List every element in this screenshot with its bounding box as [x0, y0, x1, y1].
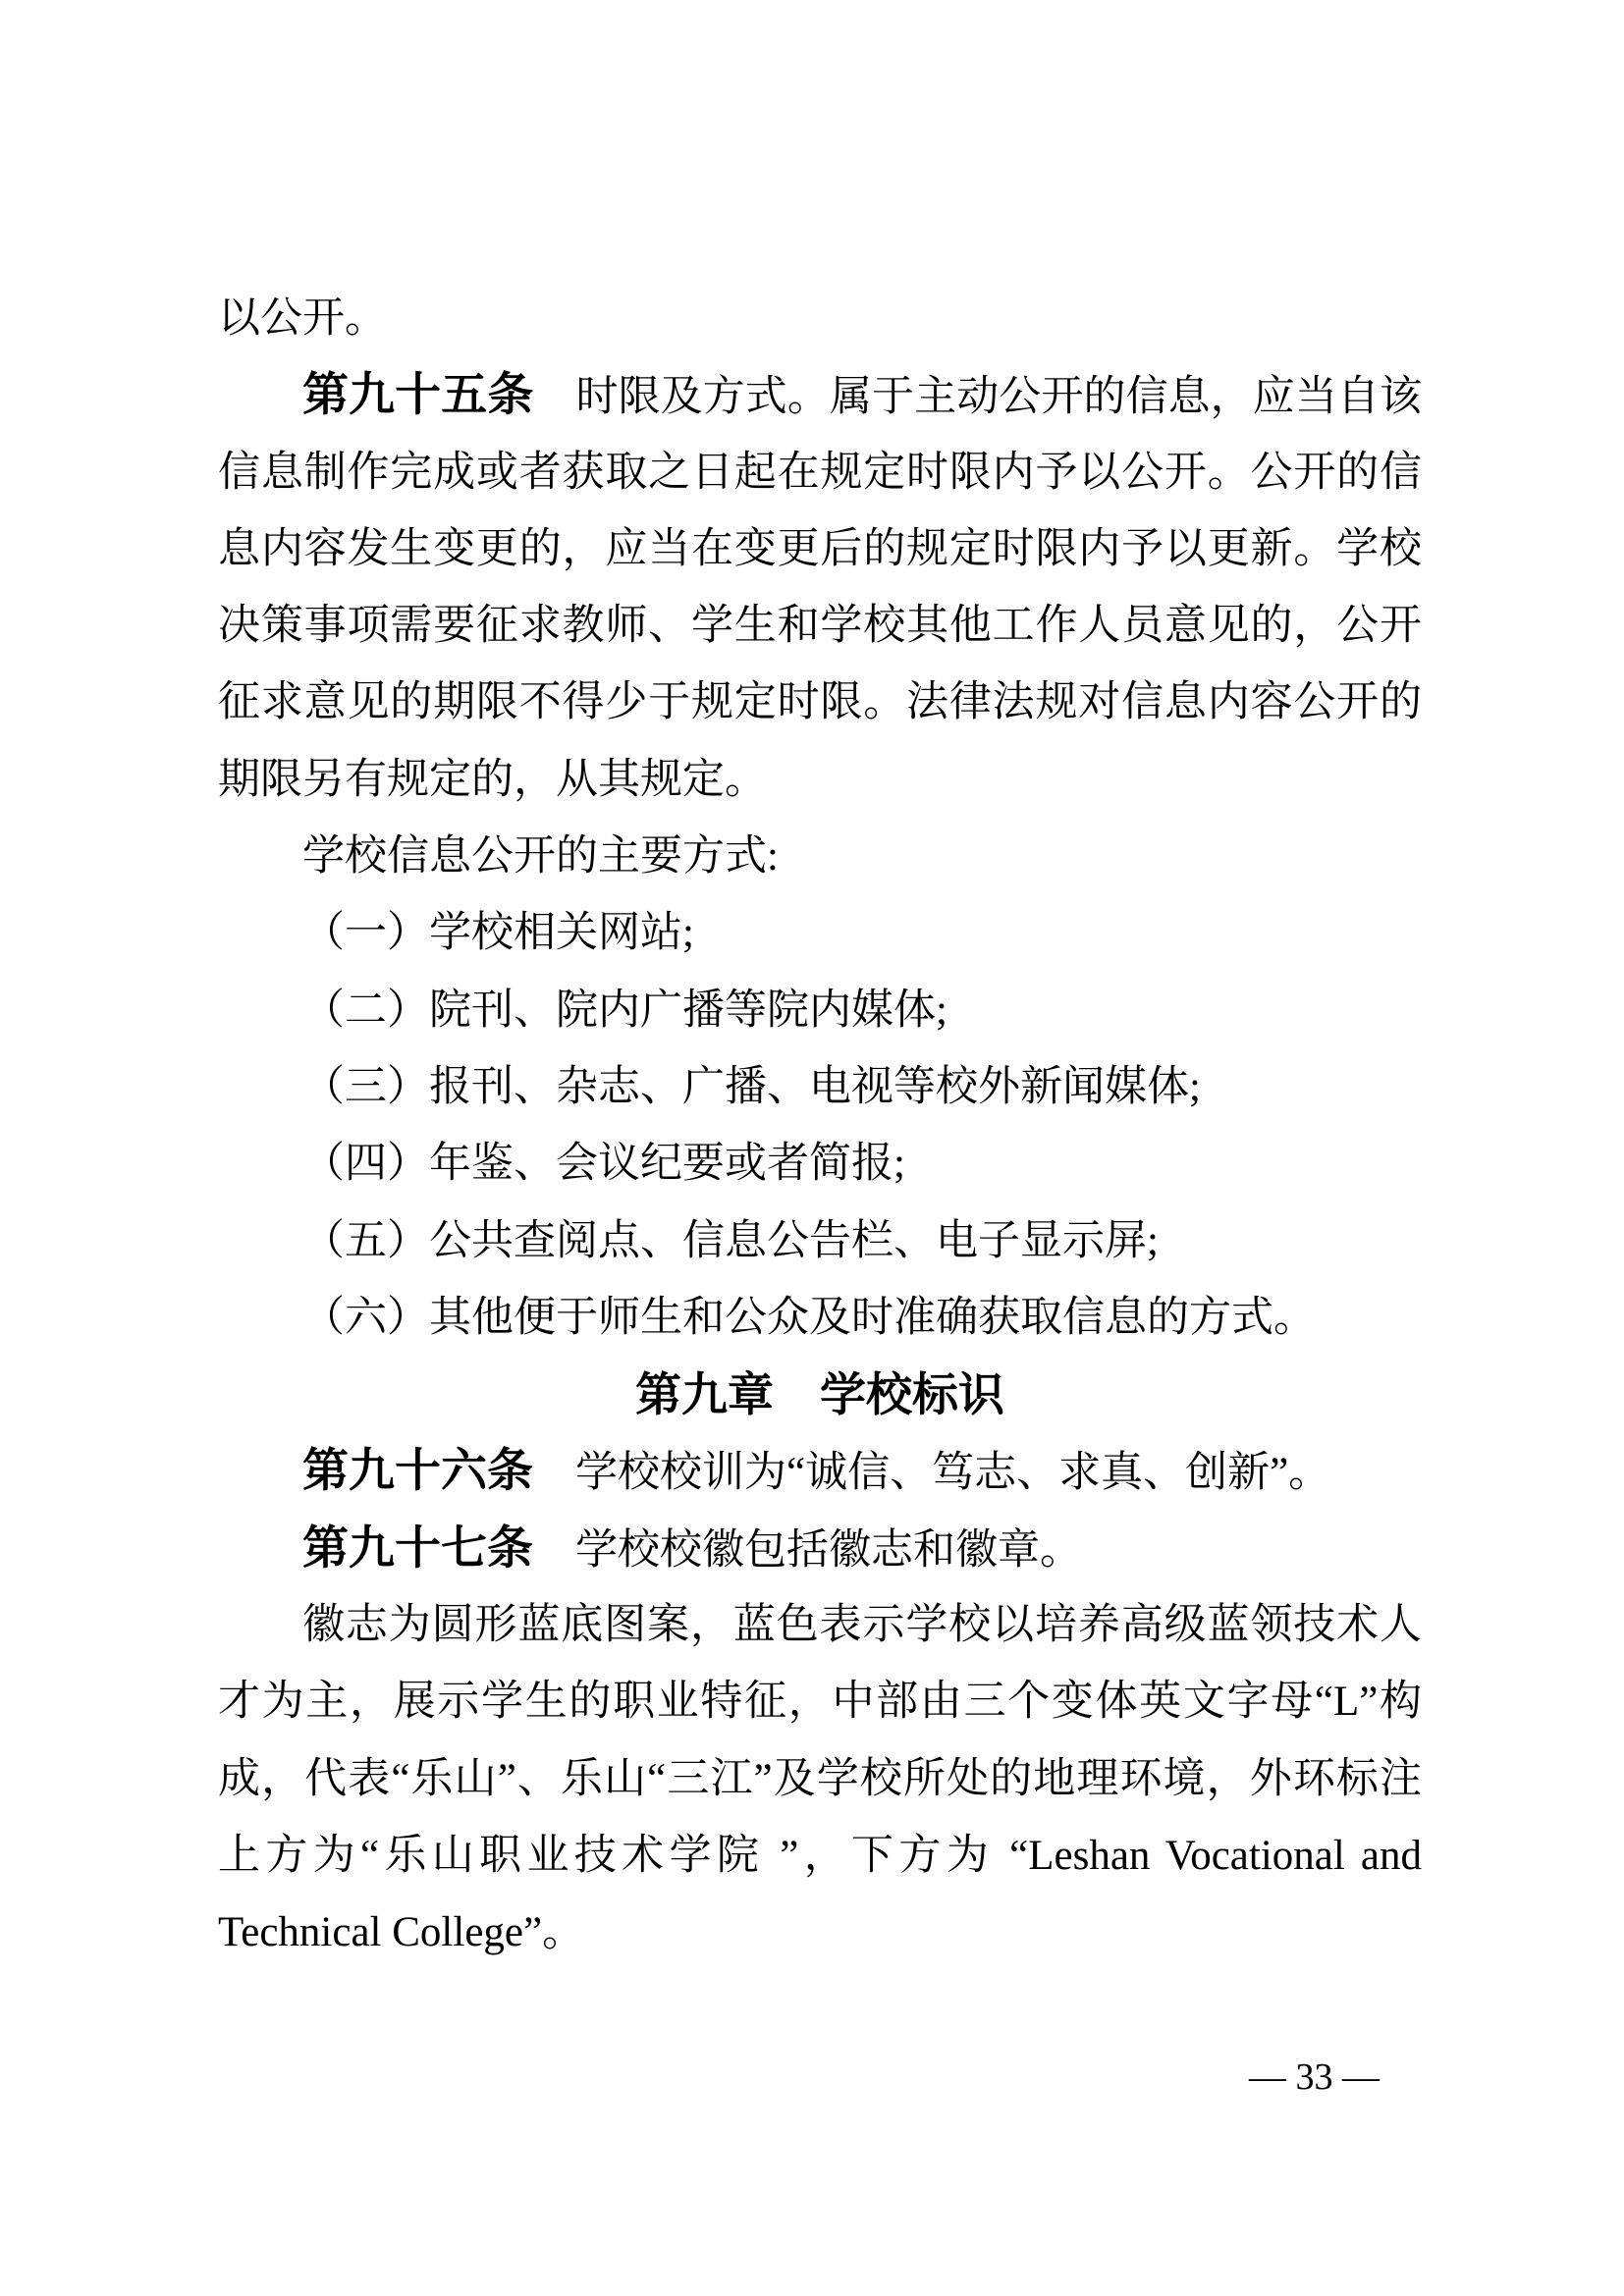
body-line: 征求意见的期限不得少于规定时限。法律法规对信息内容公开的: [218, 665, 1422, 741]
body-line: 才为主，展示学生的职业特征，中部由三个变体英文字母“L”构: [218, 1664, 1422, 1740]
text-segment: 信息制作完成或者获取之日起在规定时限内予以公开。公开的信: [218, 450, 1422, 496]
text-segment: 期限另有规定的，从其规定。: [218, 757, 767, 803]
text-segment: 息内容发生变更的，应当在变更后的规定时限内予以更新。学校: [218, 526, 1422, 572]
text-segment: （四）年鉴、会议纪要或者简报;: [302, 1141, 905, 1187]
document-page: 以公开。第九十五条 时限及方式。属于主动公开的信息，应当自该信息制作完成或者获取…: [0, 0, 1624, 2296]
text-segment: Technical College”。: [218, 1909, 584, 1955]
text-segment: （六）其他便于师生和公众及时准确获取信息的方式。: [302, 1295, 1316, 1341]
text-segment: 学校校训为“诚信、笃志、求真、创新”。: [533, 1450, 1330, 1496]
text-segment: 学校校徽包括徽志和徽章。: [533, 1527, 1082, 1574]
article-95-line: 第九十五条 时限及方式。属于主动公开的信息，应当自该: [218, 357, 1422, 434]
page-number: — 33 —: [1249, 2055, 1380, 2100]
article-number: 第九章 学校标识: [635, 1368, 1004, 1420]
text-segment: 时限及方式。属于主动公开的信息，应当自该: [533, 374, 1422, 420]
body-line: 上方为“乐山职业技术学院 ”，下方为 “Leshan Vocational an…: [218, 1818, 1422, 1895]
text-segment: 徽志为圆形蓝底图案，蓝色表示学校以培养高级蓝领技术人: [302, 1602, 1422, 1648]
body-line: 息内容发生变更的，应当在变更后的规定时限内予以更新。学校: [218, 511, 1422, 588]
text-segment: 才为主，展示学生的职业特征，中部由三个变体英文字母“L”构: [218, 1679, 1422, 1725]
list-item-5: （五）公共查阅点、信息公告栏、电子显示屏;: [218, 1203, 1422, 1280]
para-continuation-line: 以公开。: [218, 281, 1422, 357]
list-item-6: （六）其他便于师生和公众及时准确获取信息的方式。: [218, 1280, 1422, 1357]
article-97-line: 第九十七条 学校校徽包括徽志和徽章。: [218, 1511, 1422, 1587]
text-segment: （一）学校相关网站;: [302, 910, 694, 956]
text-segment: 上方为“乐山职业技术学院 ”，下方为 “Leshan Vocational an…: [218, 1833, 1422, 1879]
list-item-1: （一）学校相关网站;: [218, 895, 1422, 972]
article-96-line: 第九十六条 学校校训为“诚信、笃志、求真、创新”。: [218, 1433, 1422, 1510]
text-segment: 学校信息公开的主要方式:: [302, 833, 779, 880]
body-line: 成，代表“乐山”、乐山“三江”及学校所处的地理环境，外环标注: [218, 1741, 1422, 1818]
body-line: Technical College”。: [218, 1895, 1422, 1971]
text-segment: （二）院刊、院内广播等院内媒体;: [302, 988, 947, 1034]
body-line: 决策事项需要征求教师、学生和学校其他工作人员意见的，公开: [218, 588, 1422, 665]
body-line: 期限另有规定的，从其规定。: [218, 742, 1422, 819]
chapter-9-heading: 第九章 学校标识: [218, 1357, 1422, 1433]
list-item-3: （三）报刊、杂志、广播、电视等校外新闻媒体;: [218, 1049, 1422, 1126]
article-number: 第九十七条: [302, 1523, 533, 1575]
body-line: 学校信息公开的主要方式:: [218, 819, 1422, 895]
text-segment: 决策事项需要征求教师、学生和学校其他工作人员意见的，公开: [218, 603, 1422, 649]
text-segment: 成，代表“乐山”、乐山“三江”及学校所处的地理环境，外环标注: [218, 1756, 1422, 1802]
list-item-2: （二）院刊、院内广播等院内媒体;: [218, 973, 1422, 1049]
text-segment: （五）公共查阅点、信息公告栏、电子显示屏;: [302, 1218, 1159, 1264]
text-segment: 以公开。: [218, 295, 387, 342]
body-line: 徽志为圆形蓝底图案，蓝色表示学校以培养高级蓝领技术人: [218, 1587, 1422, 1664]
body-line: 信息制作完成或者获取之日起在规定时限内予以公开。公开的信: [218, 435, 1422, 511]
article-number: 第九十五条: [302, 370, 533, 421]
text-segment: 征求意见的期限不得少于规定时限。法律法规对信息内容公开的: [218, 679, 1422, 725]
text-block: 以公开。第九十五条 时限及方式。属于主动公开的信息，应当自该信息制作完成或者获取…: [218, 281, 1422, 1972]
list-item-4: （四）年鉴、会议纪要或者简报;: [218, 1126, 1422, 1202]
article-number: 第九十六条: [302, 1446, 533, 1497]
text-segment: （三）报刊、杂志、广播、电视等校外新闻媒体;: [302, 1064, 1201, 1110]
